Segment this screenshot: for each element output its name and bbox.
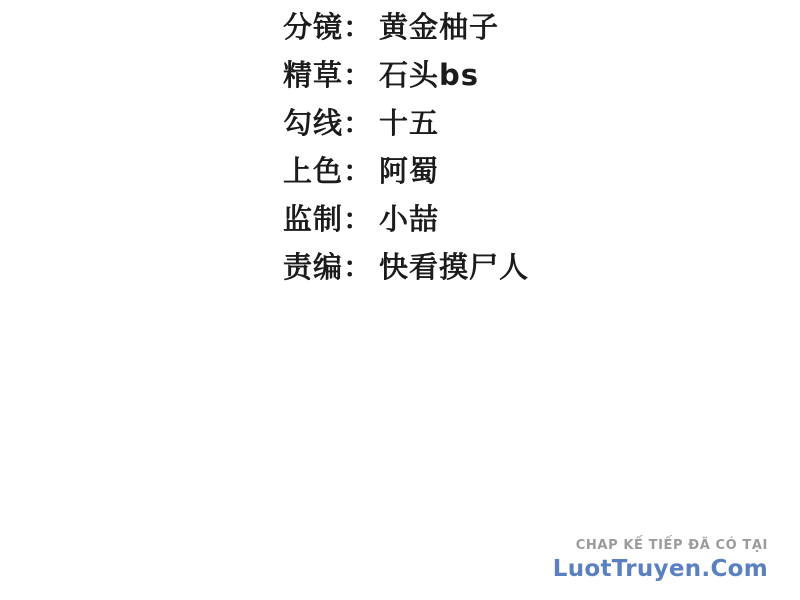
credit-row-storyboard: 分镜： 黄金柚子 <box>283 3 529 51</box>
credit-row-supervisor: 监制： 小喆 <box>283 195 529 243</box>
credit-value: 小喆 <box>379 195 439 243</box>
comic-credits-page: 分镜： 黄金柚子 精草： 石头bs 勾线： 十五 上色： 阿蜀 监制： 小喆 责… <box>0 0 800 600</box>
credit-row-editor: 责编： 快看摸尸人 <box>283 243 529 291</box>
credit-row-lineart: 勾线： 十五 <box>283 99 529 147</box>
credits-block: 分镜： 黄金柚子 精草： 石头bs 勾线： 十五 上色： 阿蜀 监制： 小喆 责… <box>283 3 529 291</box>
credit-value: 黄金柚子 <box>379 3 499 51</box>
credit-label: 精草： <box>283 51 373 99</box>
credit-label: 勾线： <box>283 99 373 147</box>
watermark-tagline: CHAP KẾ TIẾP ĐÃ CÓ TẠI <box>553 539 768 554</box>
credit-value: 阿蜀 <box>379 147 439 195</box>
watermark: CHAP KẾ TIẾP ĐÃ CÓ TẠI LuotTruyen.Com <box>553 539 768 582</box>
watermark-site-name: LuotTruyen.Com <box>553 556 768 582</box>
credit-label: 责编： <box>283 243 373 291</box>
credit-label: 上色： <box>283 147 373 195</box>
credit-label: 监制： <box>283 195 373 243</box>
credit-value: 石头bs <box>379 51 479 99</box>
credit-row-draft: 精草： 石头bs <box>283 51 529 99</box>
credit-label: 分镜： <box>283 3 373 51</box>
credit-row-coloring: 上色： 阿蜀 <box>283 147 529 195</box>
credit-value: 快看摸尸人 <box>379 243 529 291</box>
credit-value: 十五 <box>379 99 439 147</box>
